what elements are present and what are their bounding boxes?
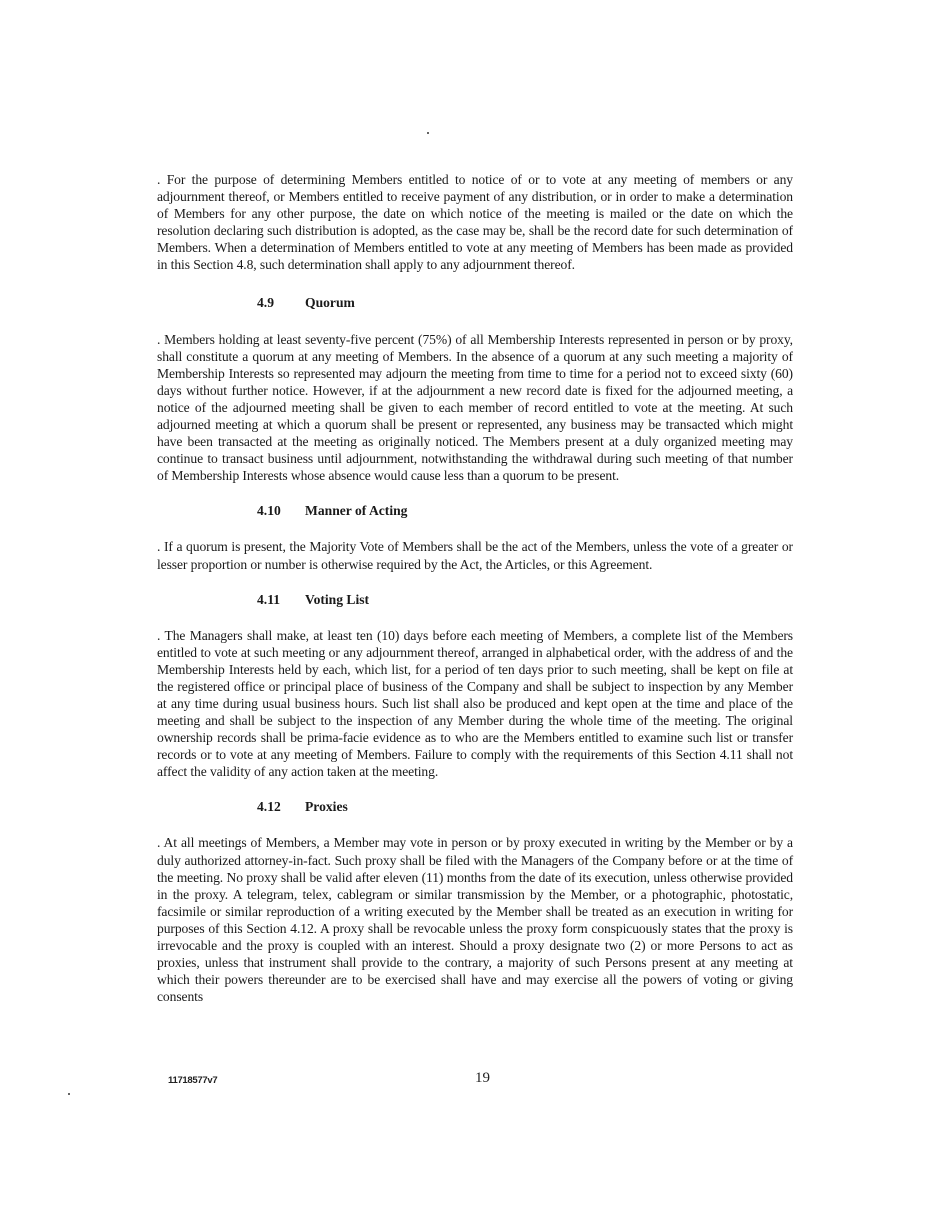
paragraph-quorum: . Members holding at least seventy-five … [157, 331, 793, 485]
section-number: 4.10 [257, 502, 281, 519]
paragraph-proxies: . At all meetings of Members, a Member m… [157, 834, 793, 1005]
heading-4-12: 4.12 Proxies [157, 798, 793, 815]
document-body: . For the purpose of determining Members… [157, 171, 793, 1005]
paragraph-manner-of-acting: . If a quorum is present, the Majority V… [157, 538, 793, 572]
section-title: Voting List [305, 591, 369, 608]
page-number: 19 [475, 1070, 490, 1087]
section-title: Quorum [305, 294, 355, 311]
section-number: 4.12 [257, 798, 281, 815]
paragraph-voting-list: . The Managers shall make, at least ten … [157, 627, 793, 781]
document-page: . For the purpose of determining Members… [0, 0, 933, 1209]
heading-4-9: 4.9 Quorum [157, 294, 793, 311]
scan-artifact-dot [68, 1093, 70, 1095]
heading-4-11: 4.11 Voting List [157, 591, 793, 608]
section-title: Manner of Acting [305, 502, 407, 519]
document-id: 11718577v7 [168, 1075, 217, 1086]
paragraph-record-date: . For the purpose of determining Members… [157, 171, 793, 274]
scan-artifact-dot [427, 132, 429, 134]
section-number: 4.11 [257, 591, 280, 608]
section-title: Proxies [305, 798, 348, 815]
heading-4-10: 4.10 Manner of Acting [157, 502, 793, 519]
section-number: 4.9 [257, 294, 274, 311]
